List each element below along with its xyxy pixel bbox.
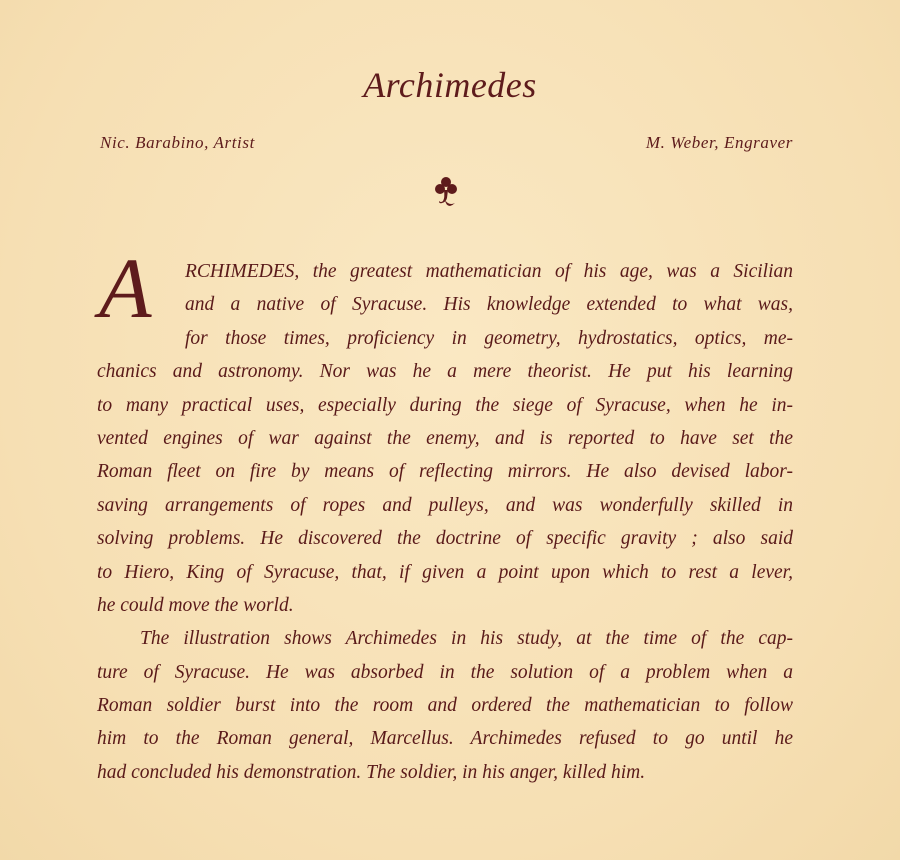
text-line: vented engines of war against the enemy,… (97, 422, 793, 455)
paragraph-2: The illustration shows Archimedes in his… (97, 622, 793, 789)
text-line: Roman soldier burst into the room and or… (97, 689, 793, 722)
text-line: ture of Syracuse. He was absorbed in the… (97, 656, 793, 689)
article-body: A RCHIMEDES, the greatest mathematician … (97, 255, 793, 789)
book-page: Archimedes Nic. Barabino, Artist M. Webe… (0, 0, 900, 860)
text-line: The illustration shows Archimedes in his… (97, 622, 793, 655)
text-line: he could move the world. (97, 589, 793, 622)
page-title: Archimedes (0, 64, 900, 106)
text-line: Roman fleet on fire by means of reflecti… (97, 455, 793, 488)
text-line: had concluded his demonstration. The sol… (97, 756, 793, 789)
text-line: to Hiero, King of Syracuse, that, if giv… (97, 556, 793, 589)
text-line: RCHIMEDES, the greatest mathematician of… (97, 255, 793, 288)
artist-credit: Nic. Barabino, Artist (100, 133, 255, 153)
text-line: and a native of Syracuse. His knowledge … (97, 288, 793, 321)
text-line: chanics and astronomy. Nor was he a mere… (97, 355, 793, 388)
text-line: saving arrangements of ropes and pulleys… (97, 489, 793, 522)
engraver-credit: M. Weber, Engraver (646, 133, 793, 153)
text-line: solving problems. He discovered the doct… (97, 522, 793, 555)
text-line: to many practical uses, especially durin… (97, 389, 793, 422)
text-line: for those times, proficiency in geometry… (97, 322, 793, 355)
paragraph-1: RCHIMEDES, the greatest mathematician of… (97, 255, 793, 622)
drop-cap: A (99, 245, 152, 331)
club-fleuron-icon (433, 176, 459, 208)
text-line: him to the Roman general, Marcellus. Arc… (97, 722, 793, 755)
